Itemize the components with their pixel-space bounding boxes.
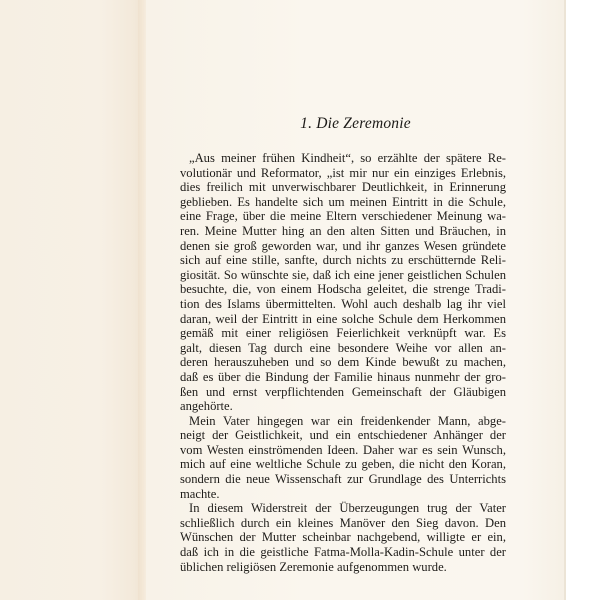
chapter-title: 1. Die Zeremonie: [146, 115, 565, 133]
text-line: sondern die neue Wissenschaft zur Grundl…: [180, 472, 506, 487]
text-line: ßen und ernst verpflichtenden Gemeinscha…: [180, 385, 506, 400]
text-line: geblieben. Es handelte sich um meinen Ei…: [180, 195, 506, 210]
text-line: angehörte.: [180, 399, 506, 414]
text-line: In diesem Widerstreit der Überzeugungen …: [180, 501, 506, 516]
text-line: gemäß mit einer religiösen Feierlichkeit…: [180, 326, 506, 341]
text-line: besuchte, die, von einem Hodscha geleite…: [180, 282, 506, 297]
text-line: üblichen religiösen Zeremonie aufgenomme…: [180, 560, 506, 575]
text-line: schließlich durch ein kleines Manöver de…: [180, 516, 506, 531]
text-line: neigt der Geistlichkeit, und ein entschi…: [180, 428, 506, 443]
text-line: giosität. So wünschte sie, daß ich eine …: [180, 268, 506, 283]
page-edge: [564, 0, 566, 600]
text-line: daß es über die Bindung der Familie hina…: [180, 370, 506, 385]
text-line: dies freilich mit unverwischbarer Deutli…: [180, 180, 506, 195]
text-line: galt, diesen Tag durch eine besondere We…: [180, 341, 506, 356]
text-line: sich auf eine stille, sanfte, durch nich…: [180, 253, 506, 268]
text-line: eine Frage, über die meine Eltern versch…: [180, 209, 506, 224]
body-text: „Aus meiner frühen Kindheit“, so erzählt…: [180, 151, 506, 574]
text-line: Wünschen der Mutter scheinbar nachgebend…: [180, 530, 506, 545]
left-page-blank: [0, 0, 142, 600]
text-line: daß ich in die geistliche Fatma-Molla-Ka…: [180, 545, 506, 560]
text-line: tion des Islams übermittelten. Wohl auch…: [180, 297, 506, 312]
text-line: volutionär und Reformator, „ist mir nur …: [180, 166, 506, 181]
text-line: machte.: [180, 487, 506, 502]
text-line: denen sie groß geworden war, und ihr gan…: [180, 239, 506, 254]
text-line: „Aus meiner frühen Kindheit“, so erzählt…: [180, 151, 506, 166]
text-line: vom Westen einströmenden Ideen. Daher wa…: [180, 443, 506, 458]
text-line: mich auf eine weltliche Schule zu geben,…: [180, 457, 506, 472]
text-line: daran, weil der Eintritt in eine solche …: [180, 312, 506, 327]
text-line: Mein Vater hingegen war ein freidenkende…: [180, 414, 506, 429]
text-line: deren herauszuheben und so dem Kinde bew…: [180, 355, 506, 370]
text-line: ren. Meine Mutter hing an den alten Sitt…: [180, 224, 506, 239]
